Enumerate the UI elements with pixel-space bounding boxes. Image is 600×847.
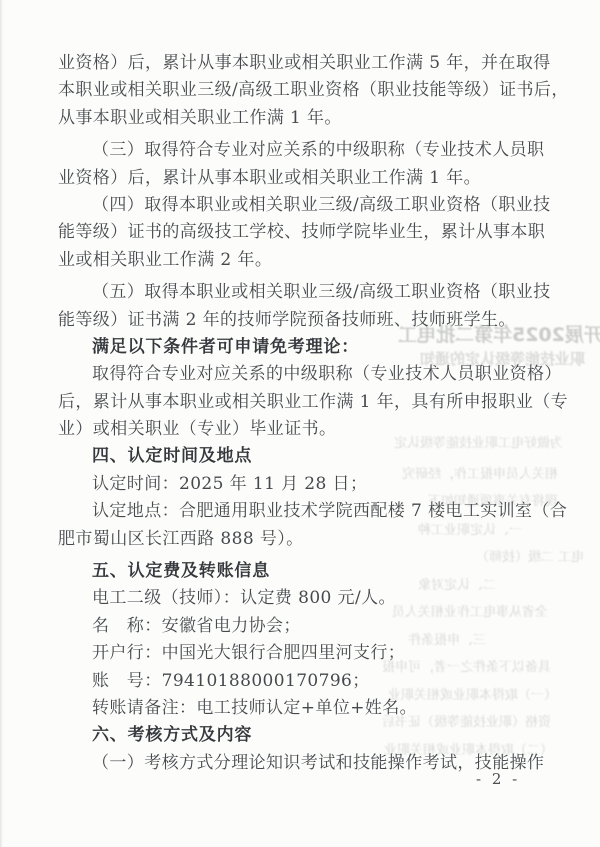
text-line: 五、认定费及转账信息	[58, 558, 550, 585]
text-line: 肥市蜀山区长江西路 888 号）。	[58, 526, 550, 553]
text-line: 后，累计从事本职业或相关职业工作满 1 年，具有所申报职业（专	[58, 389, 550, 416]
text-line: 从事本职业或相关职业工作满 1 年。	[58, 105, 550, 132]
text-line: 本职业或相关职业三级/高级工职业资格（职业技能等级）证书后，	[58, 77, 550, 104]
scanned-document-page: 关于开展2025年第二批电工 职业技能等级认定的通知 为做好电工职业技能等级认定…	[0, 0, 600, 847]
text-line: 四、认定时间及地点	[58, 443, 550, 470]
text-line: （四）取得本职业或相关职业三级/高级工职业资格（职业技	[58, 192, 550, 219]
text-line: 转账请备注：电工技师认定+单位+姓名。	[58, 695, 550, 722]
text-line: 电工二级（技师）：认定费 800 元/人。	[58, 585, 550, 612]
text-line: 取得符合专业对应关系的中级职称（专业技术人员职业资格）	[58, 361, 550, 388]
text-line: （五）取得本职业或相关职业三级/高级工职业资格（职业技	[58, 279, 550, 306]
page-number: - 2 -	[476, 770, 520, 788]
text-line: 业）或相关职业（专业）毕业证书。	[58, 416, 550, 443]
text-line: （三）取得符合专业对应关系的中级职称（专业技术人员职	[58, 137, 550, 164]
text-line: 满足以下条件者可申请免考理论：	[58, 334, 550, 361]
text-line: 六、考核方式及内容	[58, 722, 550, 749]
text-line: 业或相关职业工作满 2 年。	[58, 247, 550, 274]
text-line: 账 号：79410188000170796；	[58, 668, 550, 695]
text-line: 能等级）证书满 2 年的技师学院预备技师班、技师班学生。	[58, 307, 550, 334]
text-line: 认定时间：2025 年 11 月 28 日；	[58, 471, 550, 498]
document-lines: 业资格）后，累计从事本职业或相关职业工作满 5 年，并在取得本职业或相关职业三级…	[58, 50, 550, 777]
scan-edge-shadow	[0, 0, 3, 847]
text-line: 能等级）证书的高级技工学校、技师学院毕业生，累计从事本职	[58, 219, 550, 246]
text-line: 认定地点：合肥通用职业技术学院西配楼 7 楼电工实训室（合	[58, 498, 550, 525]
text-line: 业资格）后，累计从事本职业或相关职业工作满 1 年。	[58, 165, 550, 192]
text-line: 名 称：安徽省电力协会；	[58, 613, 550, 640]
text-line: 业资格）后，累计从事本职业或相关职业工作满 5 年，并在取得	[58, 50, 550, 77]
text-line: 开户行：中国光大银行合肥四里河支行；	[58, 640, 550, 667]
